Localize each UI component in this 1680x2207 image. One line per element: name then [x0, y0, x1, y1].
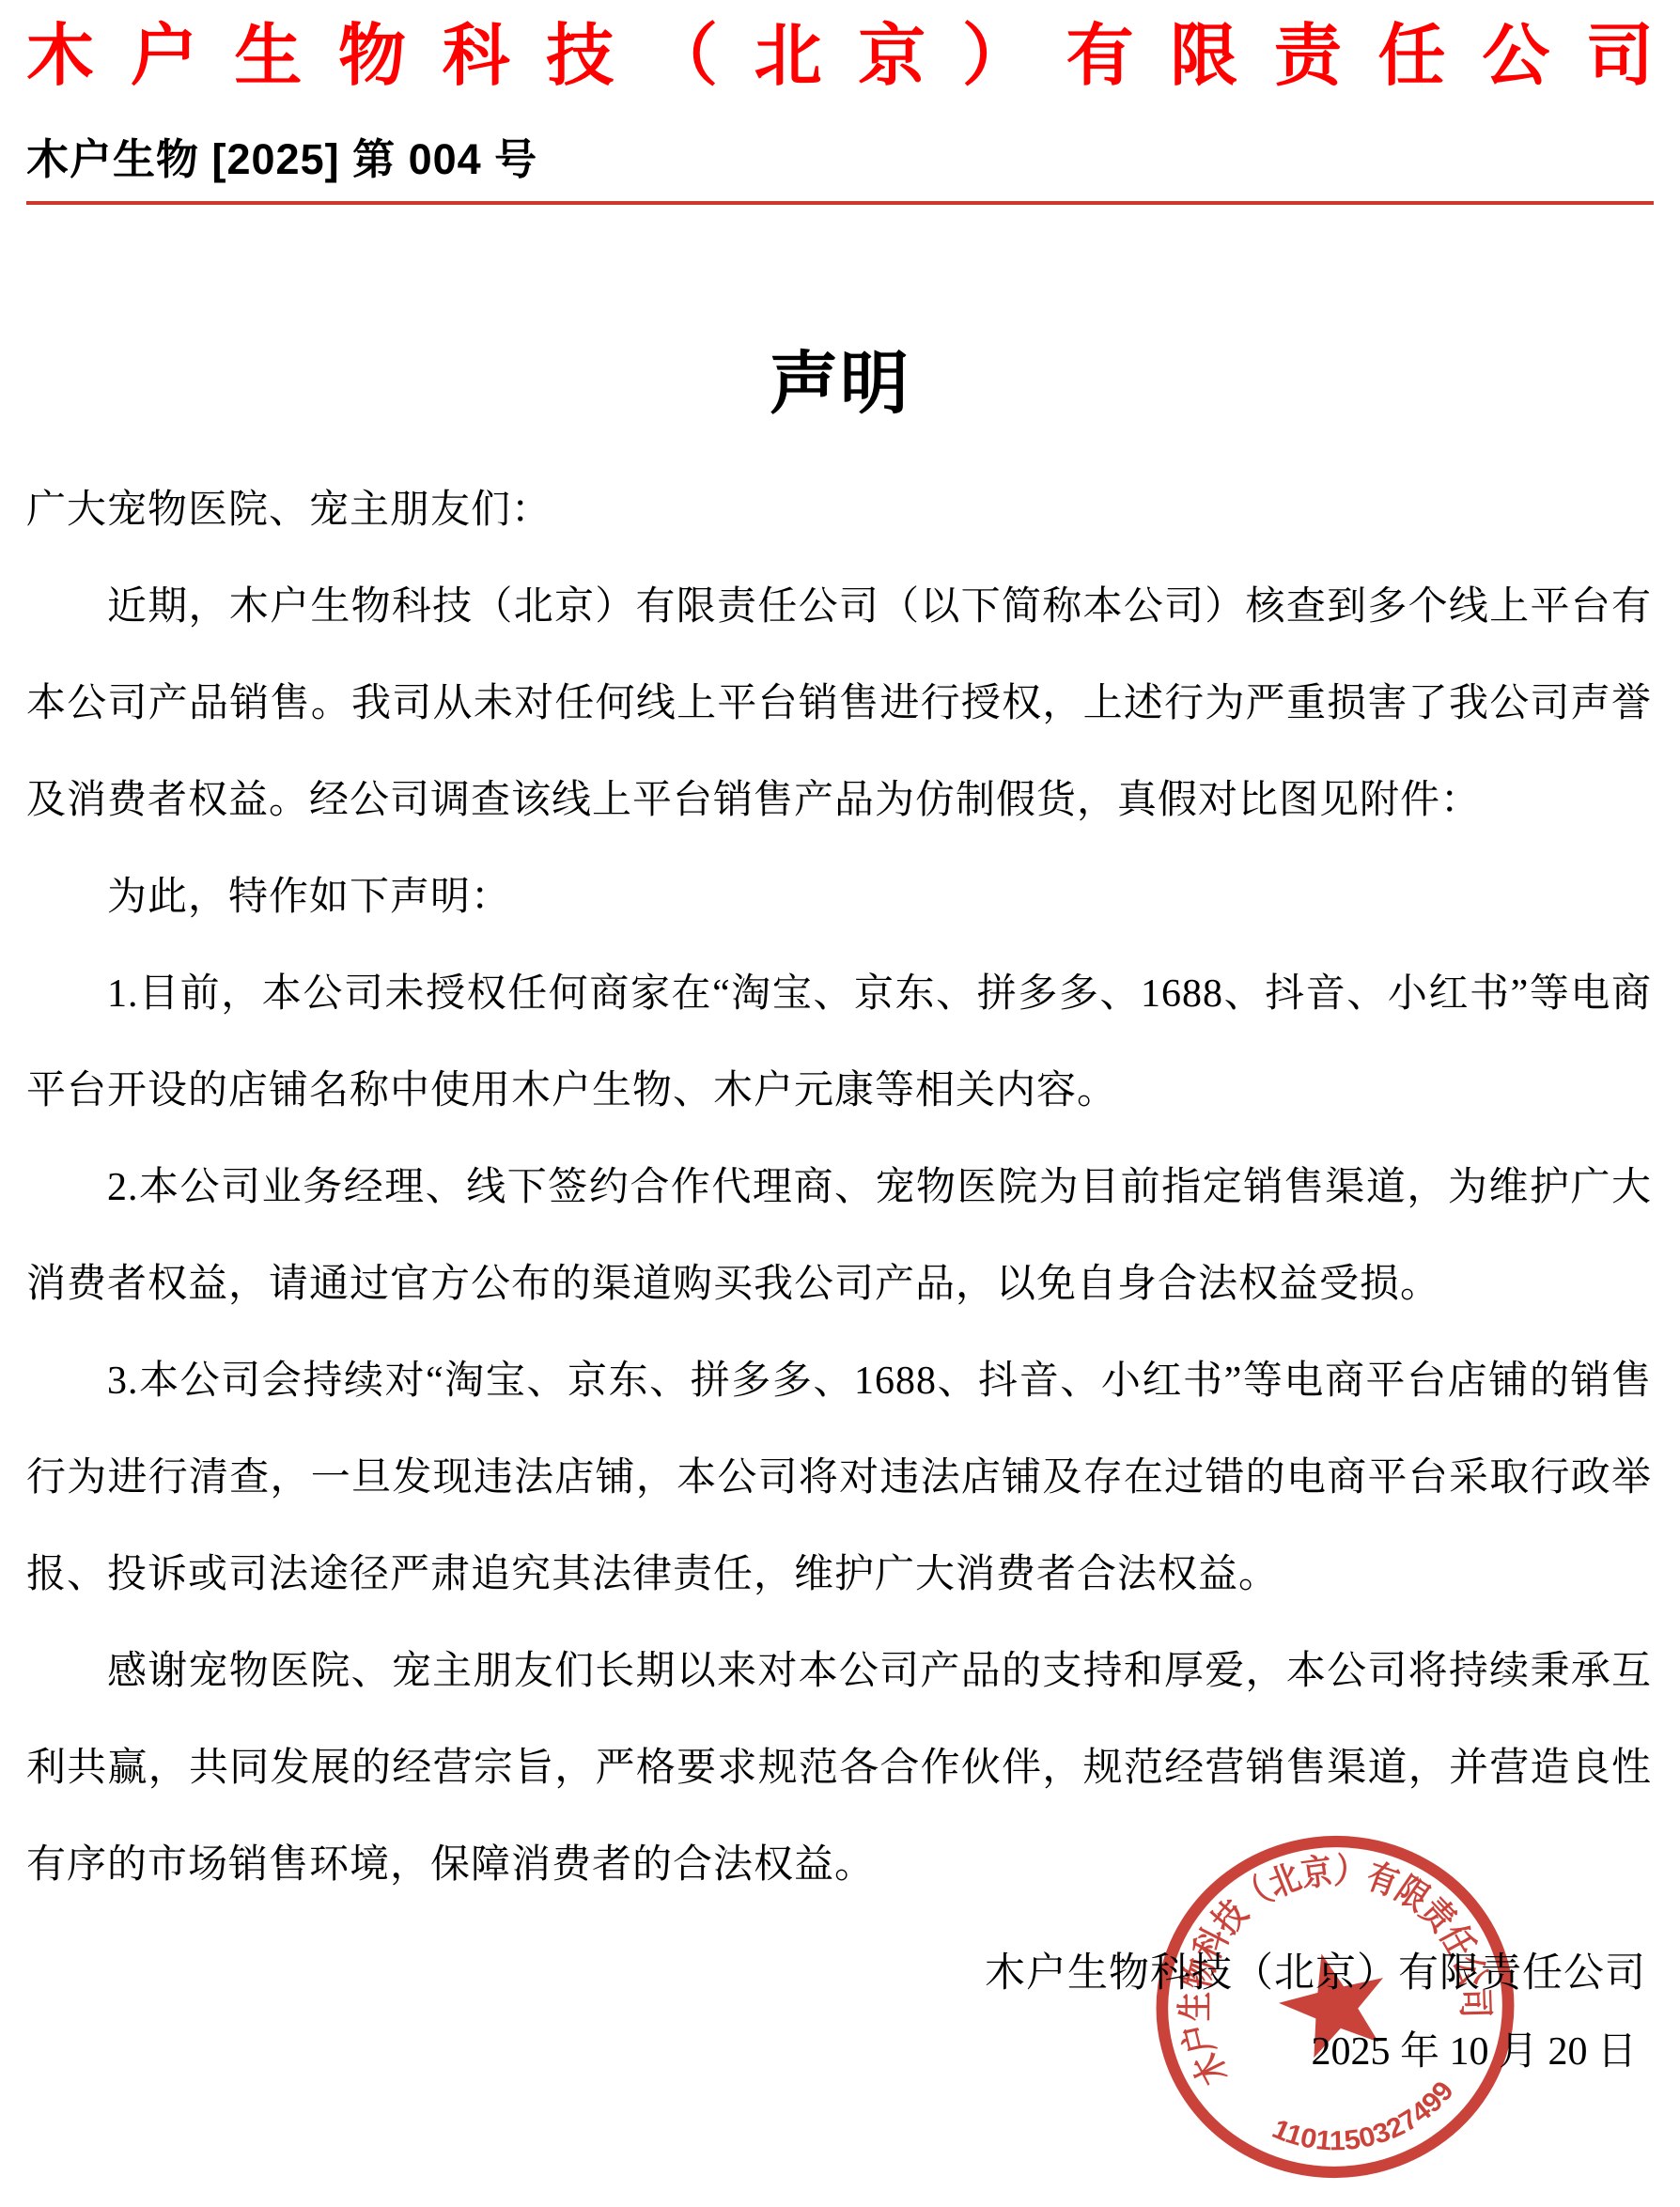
seal-star-icon [1269, 1941, 1398, 2062]
seal-ring-text: 木户生物科技（北京）有限责任公司 [1153, 1830, 1503, 2092]
company-seal-graphic: 木户生物科技（北京）有限责任公司 1101150327499 [1153, 1830, 1517, 2184]
paragraph-item-3: 3.本公司会持续对“淘宝、京东、拼多多、1688、抖音、小红书”等电商平台店铺的… [26, 1333, 1652, 1624]
statement-body: 广大宠物医院、宠主朋友们： 近期，木户生物科技（北京）有限责任公司（以下简称本公… [26, 462, 1652, 1914]
letterhead-char: 限 [1170, 21, 1237, 92]
letterhead-char: 有 [1066, 21, 1134, 92]
red-divider-line [26, 201, 1654, 205]
svg-text:1101150327499: 1101150327499 [1262, 2072, 1469, 2176]
letterhead-char: 北 [754, 21, 822, 92]
letterhead-char: 户 [131, 21, 198, 92]
salutation: 广大宠物医院、宠主朋友们： [26, 462, 1652, 559]
letterhead-char: 责 [1274, 21, 1342, 92]
company-seal: 木户生物科技（北京）有限责任公司 1101150327499 [1153, 1830, 1517, 2184]
letterhead-char: 生 [234, 21, 302, 92]
letterhead-char: 任 [1378, 21, 1446, 92]
svg-text:木户生物科技（北京）有限责任公司: 木户生物科技（北京）有限责任公司 [1153, 1830, 1503, 2092]
statement-document-page: 木户生物科技（北京）有限责任公司 木户生物 [2025] 第 004 号 声明 … [0, 0, 1680, 2207]
document-title: 声明 [0, 346, 1680, 423]
paragraph-item-2: 2.本公司业务经理、线下签约合作代理商、宠物医院为目前指定销售渠道，为维护广大消… [26, 1140, 1652, 1333]
document-number: 木户生物 [2025] 第 004 号 [26, 133, 537, 186]
paragraph-intro: 近期，木户生物科技（北京）有限责任公司（以下简称本公司）核查到多个线上平台有本公… [26, 559, 1652, 849]
paragraph-lead-in: 为此，特作如下声明： [26, 849, 1652, 946]
letterhead-char: ） [962, 21, 1030, 92]
letterhead-char: 木 [26, 21, 94, 92]
letterhead-char: （ [650, 21, 718, 92]
letterhead-char: 物 [338, 21, 406, 92]
paragraph-item-1: 1.目前，本公司未授权任何商家在“淘宝、京东、拼多多、1688、抖音、小红书”等… [26, 946, 1652, 1140]
seal-serial-number: 1101150327499 [1262, 2072, 1469, 2176]
letterhead-char: 京 [858, 21, 926, 92]
letterhead-char: 科 [443, 21, 510, 92]
letterhead-char: 公 [1482, 21, 1549, 92]
letterhead-company-name: 木户生物科技（北京）有限责任公司 [26, 21, 1654, 92]
letterhead-char: 司 [1586, 21, 1654, 92]
letterhead-char: 技 [546, 21, 614, 92]
